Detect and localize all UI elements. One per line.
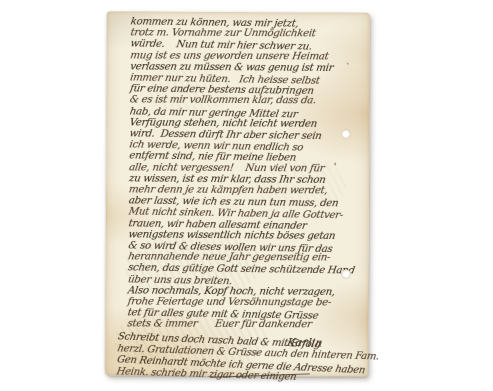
- handwriting-line: alle, nicht vergessen! Nun viel von für: [128, 162, 366, 174]
- letter-postscript-block: Schreibt uns doch rasch bald & mit Erfol…: [116, 331, 370, 386]
- signature: Karlin: [286, 336, 324, 350]
- ink-speck: [334, 163, 336, 166]
- handwriting-line: & es ist mir vollkommen klar, dass da.: [129, 95, 367, 107]
- letter-text-block: kommen zu können, was mir jetzt,trotz m.…: [127, 16, 366, 332]
- letter-page: kommen zu können, was mir jetzt,trotz m.…: [105, 11, 370, 376]
- handwriting-line: stets & immer Euer für dankender: [127, 319, 365, 331]
- handwriting-line: mug ist es uns geworden unsere Heimat: [129, 50, 367, 62]
- ink-speck: [255, 352, 257, 354]
- photo-background: kommen zu können, was mir jetzt,trotz m.…: [0, 0, 493, 391]
- punch-hole: [341, 130, 350, 139]
- ink-speck: [347, 63, 349, 65]
- punch-hole: [342, 270, 351, 279]
